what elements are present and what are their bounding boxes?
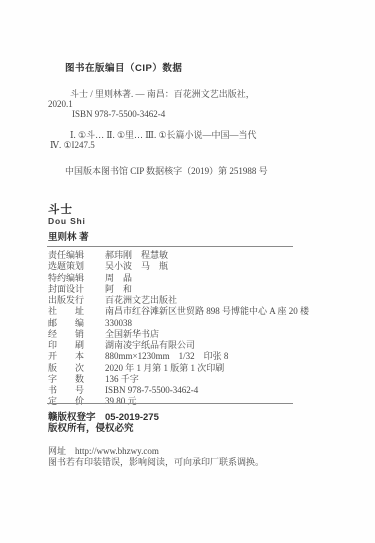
credit-row: 经 销全国新华书店 [48,329,309,340]
credit-value: 2020 年 1 月第 1 版第 1 次印刷 [105,363,309,374]
credit-label: 版 次 [48,363,105,374]
book-author: 里则林 著 [48,229,89,243]
credit-row: 开 本880mm×1230mm 1/32 印张 8 [48,351,309,362]
credit-row: 定 价39.80 元 [48,396,309,407]
credit-row: 邮 编330038 [48,318,309,329]
credit-label: 社 址 [48,306,105,317]
book-title-pinyin: Dou Shi [48,216,86,226]
cip-record-number: 中国版本图书馆 CIP 数据核字（2019）第 251988 号 [65,164,268,177]
credit-value: 880mm×1230mm 1/32 印张 8 [105,351,309,362]
credit-label: 定 价 [48,396,105,407]
credit-value: 全国新华书店 [105,329,309,340]
divider-top [47,246,293,247]
credit-label: 书 号 [48,385,105,396]
credit-row: 出版发行百花洲文艺出版社 [48,295,309,306]
credit-row: 特约编辑周 晶 [48,273,309,284]
credit-row: 封面设计阿 和 [48,284,309,295]
credit-label: 特约编辑 [48,273,105,284]
credit-label: 字 数 [48,374,105,385]
credit-label: 邮 编 [48,318,105,329]
credit-value: 郝玮刚 程慧敏 [105,250,309,261]
cip-classification-line2: Ⅳ. ①I247.5 [50,140,257,150]
cip-isbn: ISBN 978-7-5500-3462-4 [72,109,257,119]
credit-value: 吴小波 马 瓶 [105,261,309,272]
divider-bottom [47,403,293,404]
credit-label: 经 销 [48,329,105,340]
copyright-notice: 版权所有，侵权必究 [48,420,134,434]
cip-entry-line2: 2020.1 [48,99,257,109]
credits-list: 责任编辑郝玮刚 程慧敏 选题策划吴小波 马 瓶 特约编辑周 晶 封面设计阿 和 … [48,250,309,408]
credit-value: 330038 [105,318,309,329]
book-title-cn: 斗士 [48,201,73,217]
credit-row: 书 号ISBN 978-7-5500-3462-4 [48,385,309,396]
credit-value: 136 千字 [105,374,309,385]
credit-label: 开 本 [48,351,105,362]
credit-row: 字 数136 千字 [48,374,309,385]
credit-label: 出版发行 [48,295,105,306]
credit-value: ISBN 978-7-5500-3462-4 [105,385,309,396]
cip-classification-line1: Ⅰ. ①斗… Ⅱ. ①里… Ⅲ. ①长篇小说—中国—当代 [70,130,257,140]
cip-entry-line1: 斗士 / 里则林著. — 南昌：百花洲文艺出版社， [70,89,257,99]
copyright-page: 图书在版编目（CIP）数据 斗士 / 里则林著. — 南昌：百花洲文艺出版社， … [0,0,375,543]
credit-label: 印 刷 [48,340,105,351]
credit-value: 周 晶 [105,273,309,284]
credit-row: 版 次2020 年 1 月第 1 版第 1 次印刷 [48,363,309,374]
credit-label: 责任编辑 [48,250,105,261]
cip-block: 斗士 / 里则林著. — 南昌：百花洲文艺出版社， 2020.1 ISBN 97… [48,89,257,150]
credit-row: 责任编辑郝玮刚 程慧敏 [48,250,309,261]
credit-value: 湖南凌宇纸品有限公司 [105,340,309,351]
credit-value: 阿 和 [105,284,309,295]
misprint-disclaimer: 图书若有印装错误，影响阅读，可向承印厂联系调换。 [48,455,264,468]
credit-value: 39.80 元 [105,396,309,407]
credit-row: 印 刷湖南凌宇纸品有限公司 [48,340,309,351]
credit-value: 南昌市红谷滩新区世贸路 898 号博能中心 A 座 20 楼 [105,306,309,317]
credit-value: 百花洲文艺出版社 [105,295,309,306]
credit-label: 封面设计 [48,284,105,295]
credit-row: 选题策划吴小波 马 瓶 [48,261,309,272]
credit-label: 选题策划 [48,261,105,272]
credit-row: 社 址南昌市红谷滩新区世贸路 898 号博能中心 A 座 20 楼 [48,306,309,317]
cip-heading: 图书在版编目（CIP）数据 [65,60,182,74]
